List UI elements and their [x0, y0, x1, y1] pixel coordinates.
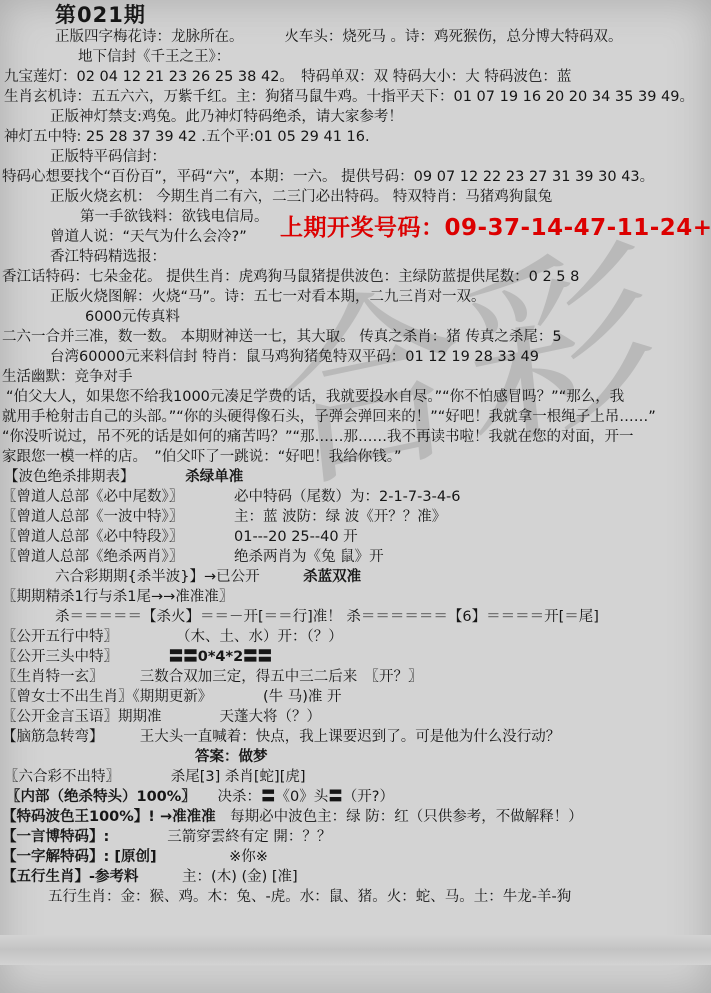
text-line: 九宝莲灯：02 04 12 21 23 26 25 38 42。 特码单双：双 … [0, 67, 711, 87]
text-line: 生肖玄机诗：五五六六，万紫千红。主：狗猪马鼠牛鸡。十指平天下：01 07 19 … [0, 87, 711, 107]
text-line: 生活幽默：竞争对手 [0, 367, 711, 387]
text-segment: 〖公开三头中特〗 [2, 649, 169, 665]
text-segment: 正版火烧玄机： 今期生肖二有六，二三门必出特码。 特双特肖：马猪鸡狗鼠兔 [50, 189, 552, 205]
text-line: 〖公开五行中特〗 （木、土、水）开：（？） [0, 627, 711, 647]
text-segment: 三箭穿雲終有定 開：？？ [109, 829, 331, 845]
text-line: 杀＝＝＝＝＝【杀火】＝＝－开[＝＝行]准！ 杀＝＝＝＝＝＝【6】＝＝＝＝开[＝尾… [0, 607, 711, 627]
text-line: 〖曾道人总部《必中特段》〗 01---20 25--40 开 [0, 527, 711, 547]
text-segment: 【脑筋急转弯】 王大头一直喊着：快点，我上课要迟到了。可是他为什么没行动？ [2, 729, 560, 745]
text-line: 就用手枪射击自己的头部。”“你的头硬得像石头，子弹会弹回来的！”“好吧！我就拿一… [0, 407, 711, 427]
text-line: 【一言博特码】: 三箭穿雲終有定 開：？？ [0, 827, 711, 847]
text-line: 特码心想要找个“百份百”，平码“六”，本期：一六。 提供号码：09 07 12 … [0, 167, 711, 187]
text-line: 台湾60000元来料信封 特肖：鼠马鸡狗猪兔特双平码：01 12 19 28 3… [0, 347, 711, 367]
text-segment: 正版神灯禁支:鸡兔。此乃神灯特码绝杀，请大家参考！ [50, 109, 403, 125]
text-segment: 主：(木) (金) [准] [139, 869, 298, 885]
text-segment: 〖曾道人总部《绝杀两肖》〗 绝杀两肖为《兔 鼠》开 [2, 549, 384, 565]
text-line: 〖曾女士不出生肖〗《期期更新》 (牛 马)准 开 [0, 687, 711, 707]
text-line: 香江特码精选报： [0, 247, 711, 267]
text-line: 【特码波色王100%】! →准准准 每期必中波色主：绿 防：红（只供参考，不做解… [0, 807, 711, 827]
text-segment: “你没听说过，吊不死的话是如何的痛苦吗？”“那……那……我不再读书啦！我就在您的… [2, 429, 634, 445]
text-segment: 〖生肖特一玄〗 三数合双加三定，得五中三二后来 〖开？〗 [2, 669, 423, 685]
text-segment: 杀＝＝＝＝＝【杀火】＝＝－开[＝＝行]准！ 杀＝＝＝＝＝＝【6】＝＝＝＝开[＝尾… [55, 609, 599, 625]
text-segment: 生肖玄机诗：五五六六，万紫千红。主：狗猪马鼠牛鸡。十指平天下：01 07 19 … [4, 89, 694, 105]
text-segment: 〖曾道人总部《必中特段》〗 01---20 25--40 开 [2, 529, 358, 545]
text-line: 五行生肖：金：猴、鸡。木：兔、-虎。水：鼠、猪。火：蛇、马。土：牛龙-羊-狗 [0, 887, 711, 907]
text-line: 6000元传真料 [0, 307, 711, 327]
issue-title: 第021期 [0, 3, 711, 27]
text-line: 〖公开三头中特〗 〓〓0*4*2〓〓 [0, 647, 711, 667]
text-line: 地下信封《千王之王》： [0, 47, 711, 67]
text-segment: ※你※ [157, 849, 268, 865]
text-segment: 【特码波色王100%】! →准准准 [2, 809, 216, 825]
text-segment: 就用手枪射击自己的头部。”“你的头硬得像石头，子弹会弹回来的！”“好吧！我就拿一… [2, 409, 656, 425]
text-segment: 杀蓝双准 [303, 569, 361, 585]
text-segment: 〖内部（绝杀特头）100%〗 [6, 789, 189, 805]
text-line: 〖公开金言玉语〗期期准 天蓬大将（？） [0, 707, 711, 727]
text-segment: 〖曾道人总部《必中尾数》〗 必中特码（尾数）为：2-1-7-3-4-6 [2, 489, 461, 505]
text-line: 【脑筋急转弯】 王大头一直喊着：快点，我上课要迟到了。可是他为什么没行动？ [0, 727, 711, 747]
text-segment: 地下信封《千王之王》： [78, 49, 230, 65]
text-segment: 香江特码精选报： [50, 249, 166, 265]
text-line: 〖生肖特一玄〗 三数合双加三定，得五中三二后来 〖开？〗 [0, 667, 711, 687]
text-segment: 二六一合并三准，数一数。 本期财神送一七，其大取。 传真之杀肖：猪 传真之杀尾：… [2, 329, 562, 345]
text-segment: 家跟您一模一样的店。 ”伯父吓了一跳说：“好吧！我给你钱。” [2, 449, 402, 465]
text-line: 〖期期精杀1行与杀1尾→→准准准〗 [0, 587, 711, 607]
lottery-tip-sheet: 合彩 上期开奖号码：09-37-14-47-11-24+12 第021期 正版四… [0, 0, 711, 993]
text-line: 【一字解特码】: [原创] ※你※ [0, 847, 711, 867]
text-segment: 【波色绝杀排期表】 [4, 469, 127, 485]
text-segment: 【五行生肖】-参考料 [2, 869, 139, 885]
text-line: 香江话特码：七朵金花。 提供生肖：虎鸡狗马鼠猪提供波色：主绿防蓝提供尾数：0 2… [0, 267, 711, 287]
text-line: 〖曾道人总部《必中尾数》〗 必中特码（尾数）为：2-1-7-3-4-6 [0, 487, 711, 507]
text-line: 二六一合并三准，数一数。 本期财神送一七，其大取。 传真之杀肖：猪 传真之杀尾：… [0, 327, 711, 347]
text-line: “你没听说过，吊不死的话是如何的痛苦吗？”“那……那……我不再读书啦！我就在您的… [0, 427, 711, 447]
text-segment: 九宝莲灯：02 04 12 21 23 26 25 38 42。 特码单双：双 … [4, 69, 571, 85]
text-segment: 〓〓0*4*2〓〓 [169, 649, 272, 665]
text-segment: 〖六合彩不出特〗 杀尾[3] 杀肖[蛇][虎] [4, 769, 306, 785]
text-segment: 〖期期精杀1行与杀1尾→→准准准〗 [2, 589, 233, 605]
text-segment: 答案：做梦 [195, 749, 268, 765]
text-segment: 每期必中波色主：绿 防：红（只供参考，不做解释！） [216, 809, 583, 825]
text-segment: 杀绿单准 [127, 469, 243, 485]
text-segment: “伯父大人，如果您不给我1000元凑足学费的话，我就要投水自尽。”“你不怕感冒吗… [6, 389, 624, 405]
text-line: 答案：做梦 [0, 747, 711, 767]
text-segment: 〖公开五行中特〗 （木、土、水）开：（？） [2, 629, 343, 645]
text-line: 〖内部（绝杀特头）100%〗 决杀：〓《0》头〓（开?） [0, 787, 711, 807]
text-segment: 曾道人说：“天气为什么会冷?” [50, 229, 247, 245]
text-line: 正版特平码信封： [0, 147, 711, 167]
text-line: 〖曾道人总部《一波中特》〗 主：蓝 波防：绿 波《开？？准》 [0, 507, 711, 527]
text-segment: 香江话特码：七朵金花。 提供生肖：虎鸡狗马鼠猪提供波色：主绿防蓝提供尾数：0 2… [2, 269, 579, 285]
text-segment: 〖曾道人总部《一波中特》〗 主：蓝 波防：绿 波《开？？准》 [2, 509, 446, 525]
text-segment: 第一手欲钱料：欲钱电信局。 [80, 209, 269, 225]
text-line: 家跟您一模一样的店。 ”伯父吓了一跳说：“好吧！我给你钱。” [0, 447, 711, 467]
text-line: 正版神灯禁支:鸡兔。此乃神灯特码绝杀，请大家参考！ [0, 107, 711, 127]
text-line: “伯父大人，如果您不给我1000元凑足学费的话，我就要投水自尽。”“你不怕感冒吗… [0, 387, 711, 407]
text-line: 〖曾道人总部《绝杀两肖》〗 绝杀两肖为《兔 鼠》开 [0, 547, 711, 567]
last-draw-numbers: 上期开奖号码：09-37-14-47-11-24+12 [280, 209, 711, 242]
text-line: 【五行生肖】-参考料 主：(木) (金) [准] [0, 867, 711, 887]
text-line: 〖六合彩不出特〗 杀尾[3] 杀肖[蛇][虎] [0, 767, 711, 787]
text-segment: 五行生肖：金：猴、鸡。木：兔、-虎。水：鼠、猪。火：蛇、马。土：牛龙-羊-狗 [48, 889, 571, 905]
text-line: 六合彩期期{杀半波}】→已公开 杀蓝双准 [0, 567, 711, 587]
text-segment: 决杀：〓《0》头〓（开?） [189, 789, 394, 805]
text-segment: 六合彩期期{杀半波}】→已公开 [55, 569, 303, 585]
text-segment: 正版火烧图解：火烧“马”。诗：五七一对看本期，二九三肖对一双。 [50, 289, 486, 305]
document-body: 第021期 正版四字梅花诗：龙脉所在。 火车头：烧死马 。诗：鸡死猴伤，总分博大… [0, 0, 711, 907]
text-segment: 〖曾女士不出生肖〗《期期更新》 (牛 马)准 开 [2, 689, 342, 705]
text-segment: 【一言博特码】: [2, 829, 109, 845]
text-segment: 6000元传真料 [85, 309, 180, 325]
text-segment: 台湾60000元来料信封 特肖：鼠马鸡狗猪兔特双平码：01 12 19 28 3… [50, 349, 539, 365]
text-line: 正版四字梅花诗：龙脉所在。 火车头：烧死马 。诗：鸡死猴伤，总分博大特码双。 [0, 27, 711, 47]
text-segment: 正版四字梅花诗：龙脉所在。 火车头：烧死马 。诗：鸡死猴伤，总分博大特码双。 [55, 29, 622, 45]
text-line: 【波色绝杀排期表】 杀绿单准 [0, 467, 711, 487]
text-segment: 神灯五中特: 25 28 37 39 42 .五个平:01 05 29 41 1… [4, 129, 370, 145]
text-segment: 〖公开金言玉语〗期期准 天蓬大将（？） [2, 709, 321, 725]
text-segment: 生活幽默：竞争对手 [2, 369, 133, 385]
text-line: 神灯五中特: 25 28 37 39 42 .五个平:01 05 29 41 1… [0, 127, 711, 147]
text-line: 正版火烧玄机： 今期生肖二有六，二三门必出特码。 特双特肖：马猪鸡狗鼠兔 [0, 187, 711, 207]
text-segment: 正版特平码信封： [50, 149, 166, 165]
text-segment: 【一字解特码】: [原创] [2, 849, 157, 865]
text-segment: 特码心想要找个“百份百”，平码“六”，本期：一六。 提供号码：09 07 12 … [2, 169, 654, 185]
text-line: 正版火烧图解：火烧“马”。诗：五七一对看本期，二九三肖对一双。 [0, 287, 711, 307]
